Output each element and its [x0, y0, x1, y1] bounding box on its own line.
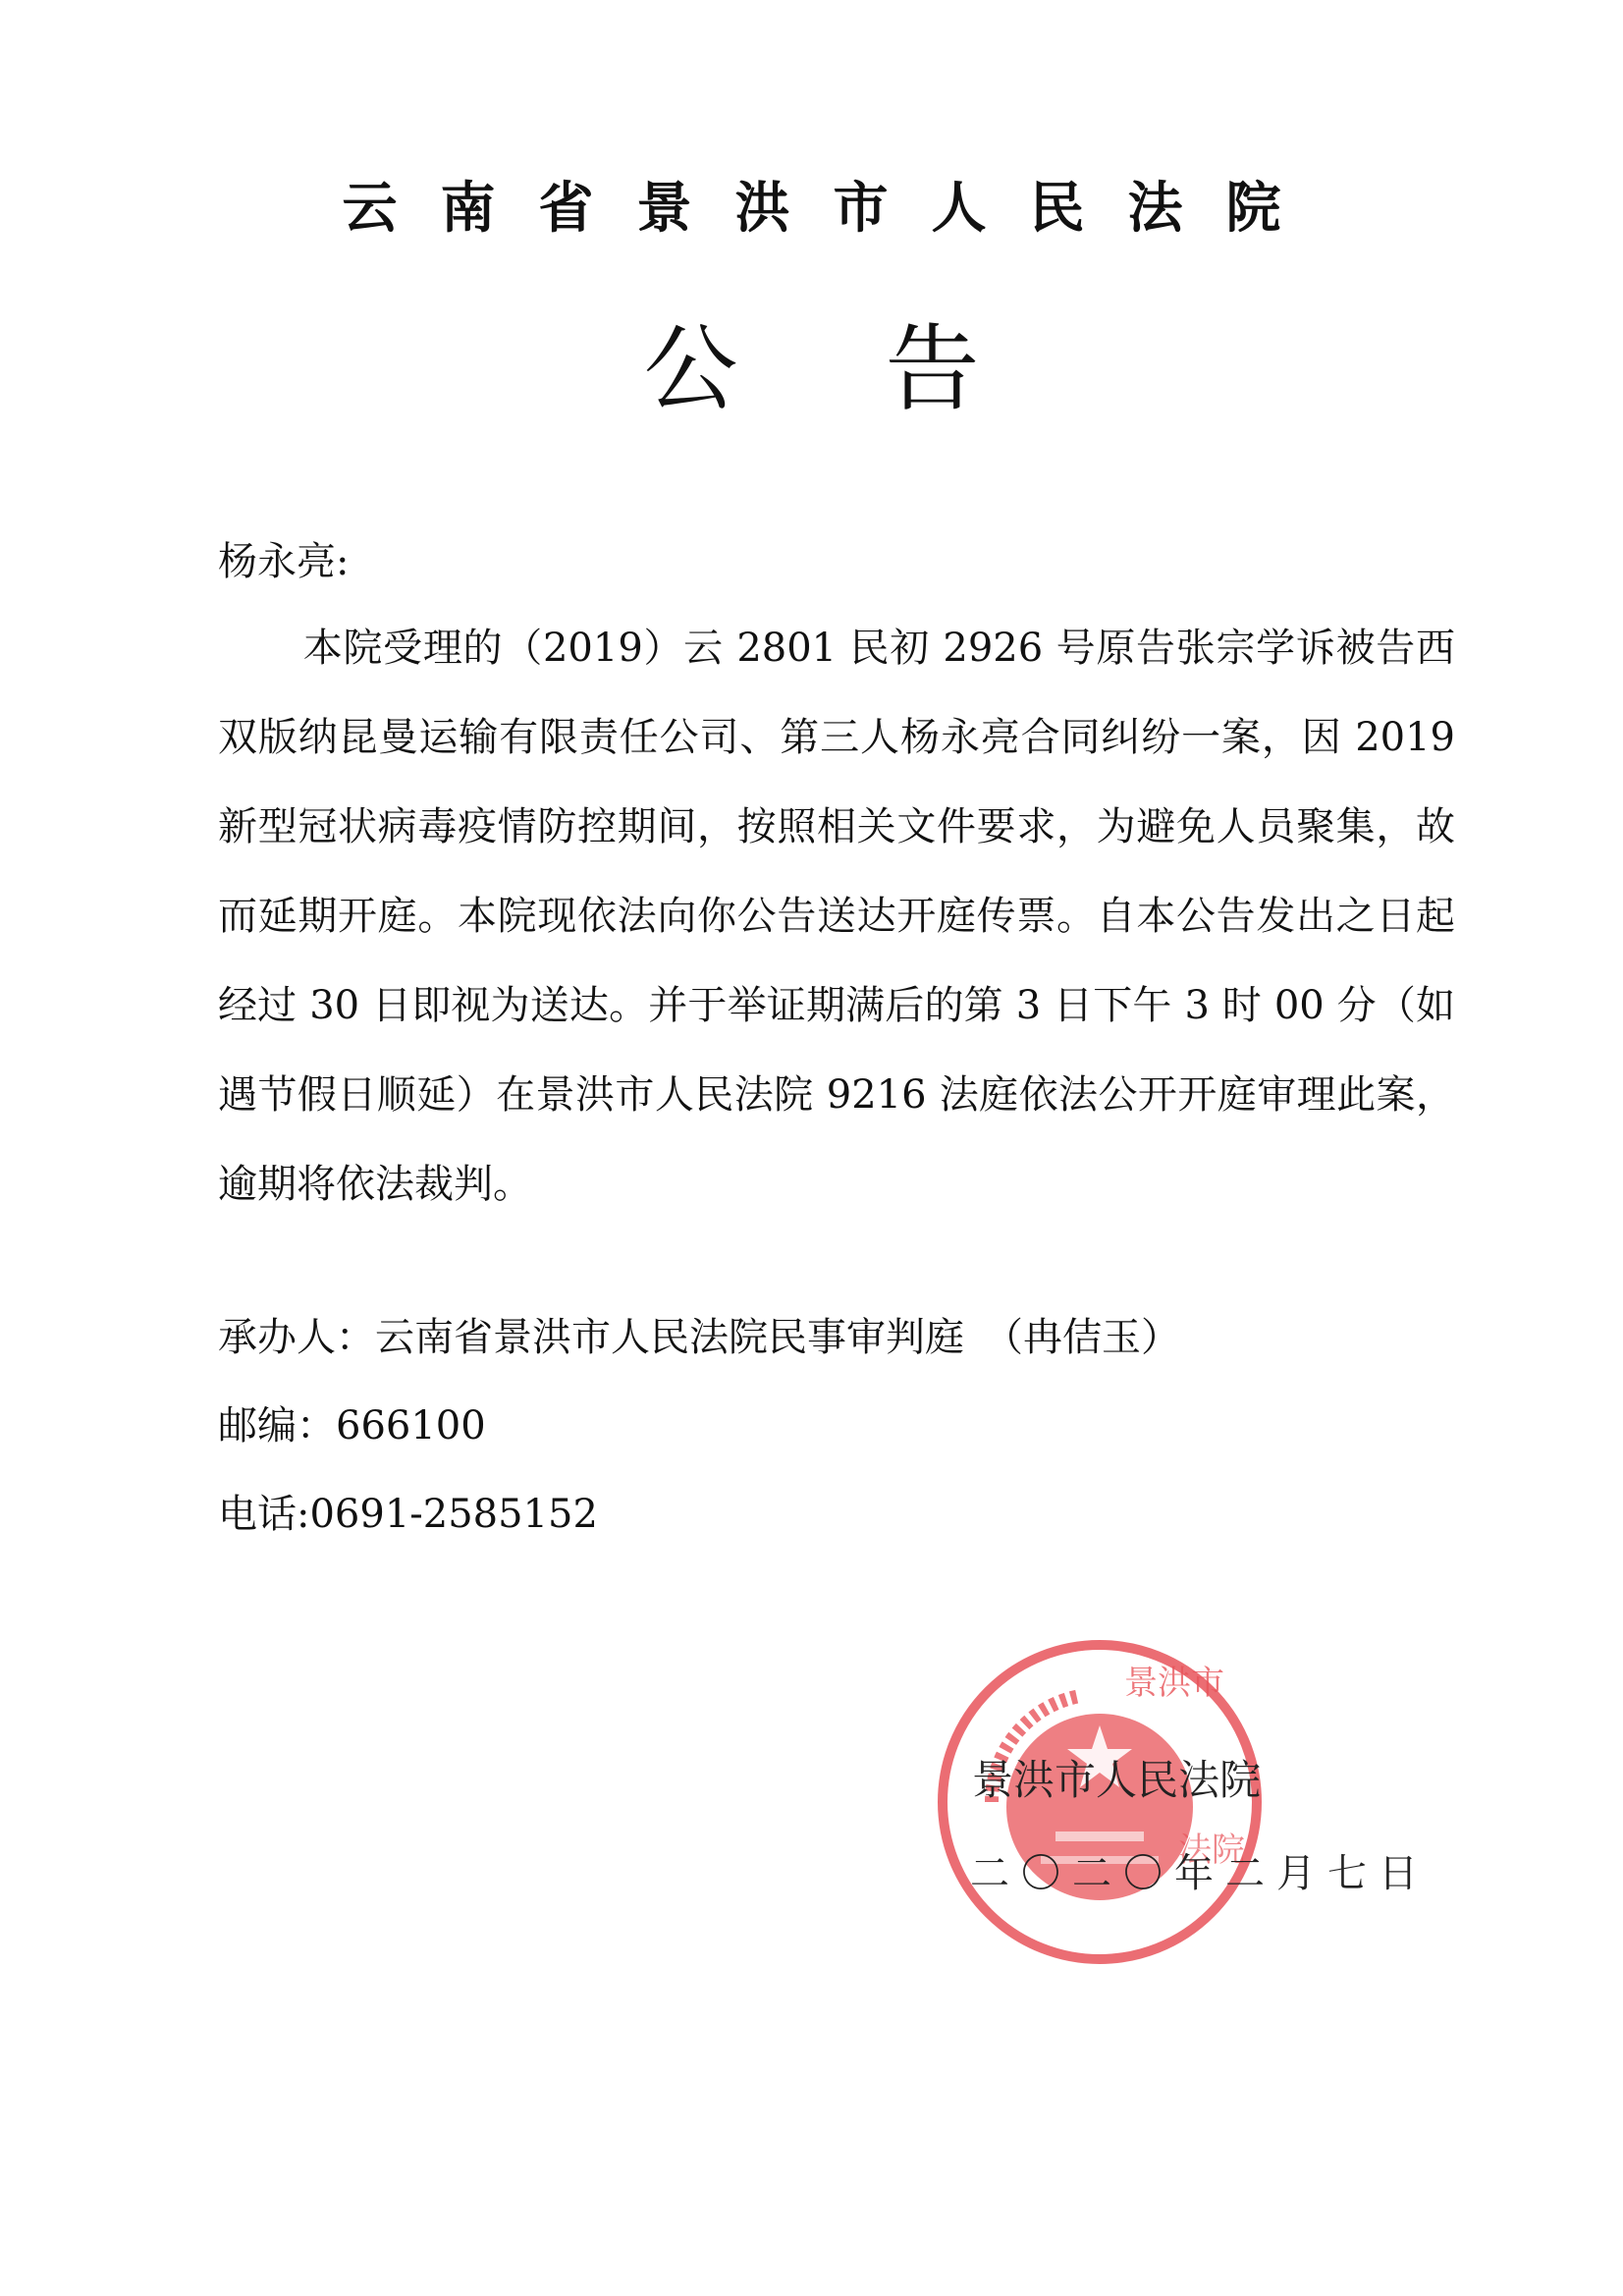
court-name-heading: 云南省景洪市人民法院 — [0, 165, 1623, 244]
handler-line: 承办人：云南省景洪市人民法院民事审判庭 （冉佶玉） — [218, 1306, 1180, 1362]
notice-paragraph: 本院受理的（2019）云 2801 民初 2926 号原告张宗学诉被告西双版纳昆… — [218, 626, 1455, 1207]
issuer-signature: 景洪市人民法院 — [972, 1748, 1261, 1807]
recipient-name: 杨永亮: — [218, 530, 349, 586]
svg-text:景洪市: 景洪市 — [1124, 1664, 1224, 1703]
issue-date: 二〇二〇年二月七日 — [970, 1842, 1430, 1898]
phone-line: 电话:0691-2585152 — [218, 1483, 598, 1539]
notice-body: 本院受理的（2019）云 2801 民初 2926 号原告张宗学诉被告西双版纳昆… — [218, 604, 1455, 1230]
postcode-line: 邮编：666100 — [218, 1394, 486, 1450]
notice-title: 公告 — [0, 295, 1623, 429]
